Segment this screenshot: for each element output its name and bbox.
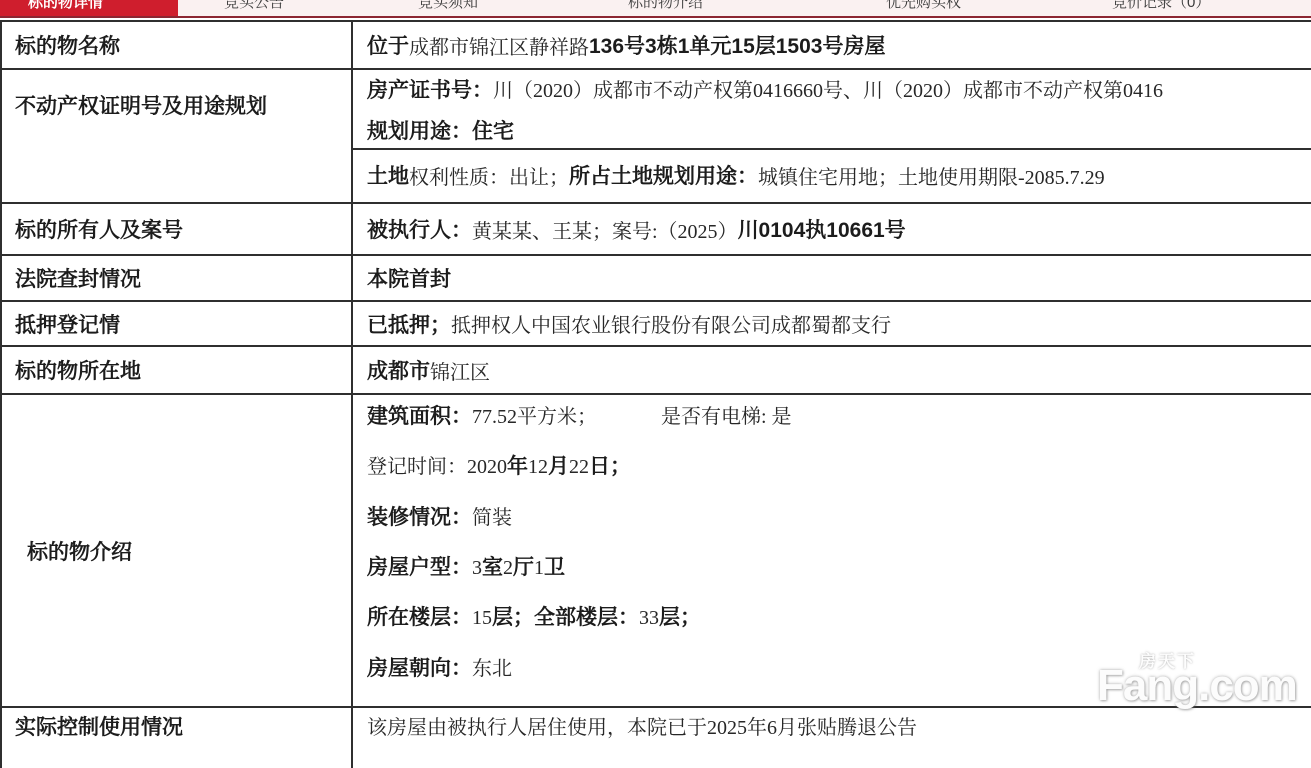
land-rights-subrow: 土地权利性质：出让；所占土地规划用途：城镇住宅用地；土地使用期限-2085.7.… — [353, 150, 1311, 200]
row-label: 标的所有人及案号 — [2, 204, 353, 254]
row-value: 成都市锦江区 — [353, 347, 1311, 393]
field-value: 川（2020）成都市不动产权第0416660号、川（2020）成都市不动产权第0… — [493, 80, 1163, 102]
row-label: 抵押登记情 — [2, 302, 353, 345]
value-text: 该房屋由被执行人居住使用，本院已于2025年6月张贴腾退公告 — [367, 711, 917, 727]
field-value: 12 — [528, 456, 548, 478]
row-value: 被执行人：黄某某、王某；案号:（2025）川0104执10661号 — [353, 204, 1311, 254]
value-text: 锦江区 — [430, 356, 490, 385]
value-text: 136号3栋1单元15层1503号房屋 — [589, 30, 885, 60]
field-value: 厅 — [513, 556, 534, 579]
field-value: 权利性质：出让； — [409, 161, 569, 190]
decoration-line: 装修情况：简装 — [367, 505, 1311, 530]
table-row-certificate: 不动产权证明号及用途规划 房产证书号：川（2020）成都市不动产权第041666… — [2, 70, 1311, 204]
value-text: 本院首封 — [367, 263, 451, 293]
elevator-field: 是否有电梯: 是 — [661, 406, 792, 428]
row-value: 该房屋由被执行人居住使用，本院已于2025年6月张贴腾退公告 — [353, 708, 1311, 727]
field-value: 77.52平方米； — [472, 406, 597, 428]
house-layout-line: 房屋户型：3室2厅1卫 — [367, 555, 1311, 580]
row-value: 房产证书号：川（2020）成都市不动产权第0416660号、川（2020）成都市… — [353, 70, 1311, 202]
cert-number-line: 房产证书号：川（2020）成都市不动产权第0416660号、川（2020）成都市… — [367, 78, 1311, 106]
field-value: 15 — [472, 607, 492, 629]
field-key: 已抵押； — [367, 309, 451, 339]
field-value: 1 — [534, 557, 544, 579]
field-value: 卫 — [544, 556, 565, 579]
field-key: 装修情况： — [367, 506, 472, 529]
certificate-subrow: 房产证书号：川（2020）成都市不动产权第0416660号、川（2020）成都市… — [353, 70, 1311, 150]
row-label: 实际控制使用情况 — [2, 708, 353, 727]
planned-use-line: 规划用途：住宅 — [367, 119, 1311, 147]
field-value: 简装 — [472, 507, 512, 529]
value-text: 成都市锦江区静祥路 — [409, 31, 589, 60]
field-value: 川0104执10661号 — [738, 214, 906, 244]
row-label: 标的物介绍 — [2, 395, 353, 706]
field-key: 建筑面积： — [367, 405, 472, 428]
field-key: 房产证书号： — [367, 79, 493, 102]
field-value: 33 — [639, 607, 659, 629]
tab-priority-purchaser[interactable]: 优先购买权 — [886, 0, 961, 12]
field-key: 规划用途：住宅 — [367, 120, 514, 143]
field-value: 城镇住宅用地；土地使用期限-2085.7.29 — [758, 161, 1105, 190]
field-value: 2 — [503, 557, 513, 579]
row-value: 建筑面积：77.52平方米；是否有电梯: 是 登记时间：2020年12月22日；… — [353, 395, 1311, 706]
tab-subject-introduction[interactable]: 标的物介绍 — [628, 0, 703, 12]
table-row-actual-usage: 实际控制使用情况 该房屋由被执行人居住使用，本院已于2025年6月张贴腾退公告 — [2, 708, 1311, 727]
building-area-line: 建筑面积：77.52平方米；是否有电梯: 是 — [367, 404, 1311, 429]
value-text: 位于 — [367, 30, 409, 60]
field-value: 22 — [569, 456, 589, 478]
row-label: 不动产权证明号及用途规划 — [2, 70, 353, 202]
field-value: 3 — [472, 557, 482, 579]
field-value: 年 — [507, 455, 528, 478]
tab-label: 标的物详情 — [28, 0, 103, 11]
field-value: 室 — [482, 556, 503, 579]
facing-line: 房屋朝向：东北 — [367, 656, 1311, 681]
top-tab-bar: 标的物详情 竞买公告 竞买须知 标的物介绍 优先购买权 竞价记录（0） — [0, 0, 1311, 18]
field-value: 东北 — [472, 658, 512, 680]
field-key: 土地 — [367, 160, 409, 190]
field-value: 日； — [589, 455, 631, 478]
field-value: 抵押权人中国农业银行股份有限公司成都蜀都支行 — [451, 309, 891, 338]
property-detail-table: 标的物名称 位于成都市锦江区静祥路136号3栋1单元15层1503号房屋 不动产… — [0, 20, 1311, 727]
table-row-subject-name: 标的物名称 位于成都市锦江区静祥路136号3栋1单元15层1503号房屋 — [2, 22, 1311, 70]
table-row-owner-case: 标的所有人及案号 被执行人：黄某某、王某；案号:（2025）川0104执1066… — [2, 204, 1311, 256]
field-value: 月 — [548, 455, 569, 478]
field-key: 房屋户型： — [367, 556, 472, 579]
tab-bid-records[interactable]: 竞价记录（0） — [1112, 0, 1210, 12]
row-value: 已抵押；抵押权人中国农业银行股份有限公司成都蜀都支行 — [353, 302, 1311, 345]
value-text: 成都市 — [367, 355, 430, 385]
row-label: 标的物名称 — [2, 22, 353, 68]
tab-auction-notice[interactable]: 竞买公告 — [224, 0, 284, 12]
field-key: 所占土地规划用途： — [569, 160, 758, 190]
tab-subject-detail-active[interactable]: 标的物详情 — [0, 0, 178, 16]
field-key: 所在楼层： — [367, 606, 472, 629]
field-value: 层； — [659, 606, 701, 629]
table-row-location: 标的物所在地 成都市锦江区 — [2, 347, 1311, 395]
row-label: 法院查封情况 — [2, 256, 353, 300]
row-label: 标的物所在地 — [2, 347, 353, 393]
table-row-mortgage: 抵押登记情 已抵押；抵押权人中国农业银行股份有限公司成都蜀都支行 — [2, 302, 1311, 347]
registration-date-line: 登记时间：2020年12月22日； — [367, 454, 1311, 479]
row-value: 本院首封 — [353, 256, 1311, 300]
field-value: 登记时间：2020 — [367, 456, 507, 478]
row-value: 位于成都市锦江区静祥路136号3栋1单元15层1503号房屋 — [353, 22, 1311, 68]
table-row-court-seal: 法院查封情况 本院首封 — [2, 256, 1311, 302]
tab-bidding-instructions[interactable]: 竞买须知 — [418, 0, 478, 12]
field-key: 被执行人： — [367, 214, 472, 244]
floor-line: 所在楼层：15层；全部楼层：33层； — [367, 605, 1311, 630]
field-key: 层；全部楼层： — [492, 606, 639, 629]
field-key: 房屋朝向： — [367, 657, 472, 680]
table-row-introduction: 标的物介绍 建筑面积：77.52平方米；是否有电梯: 是 登记时间：2020年1… — [2, 395, 1311, 708]
field-value: 黄某某、王某；案号:（2025） — [472, 215, 738, 244]
